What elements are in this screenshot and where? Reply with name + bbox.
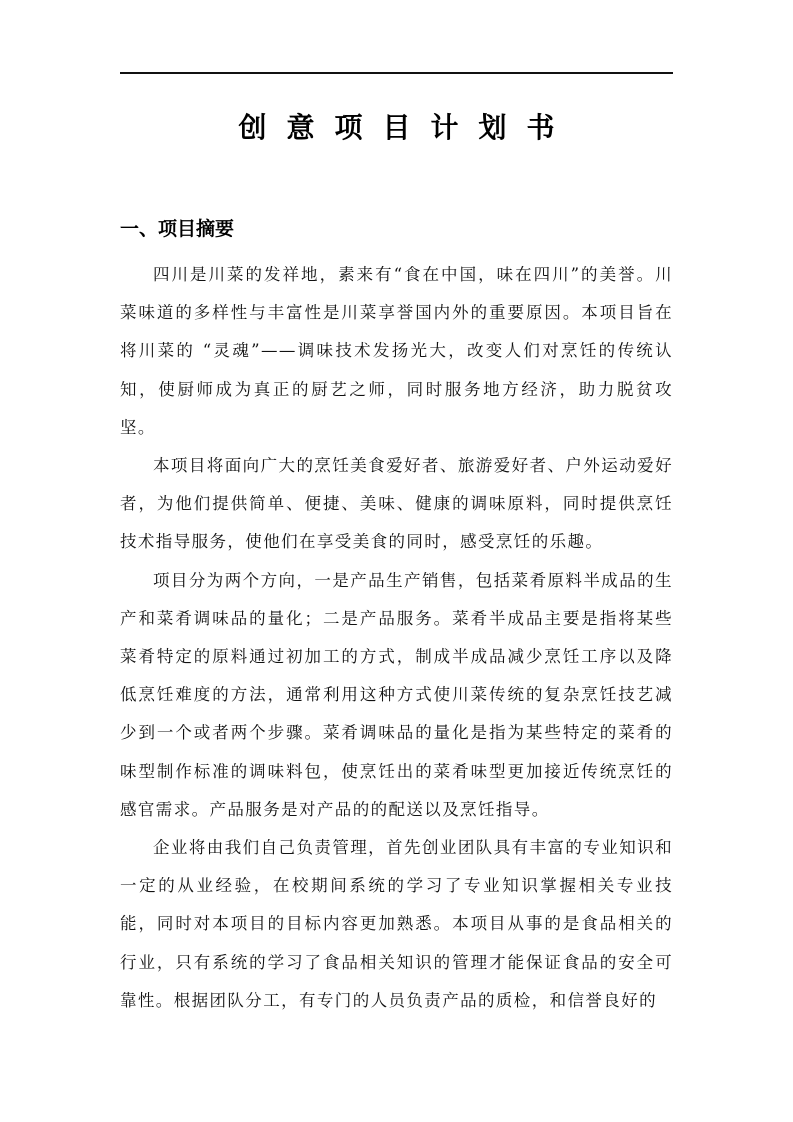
paragraph: 项目分为两个方向，一是产品生产销售，包括菜肴原料半成品的生产和菜肴调味品的量化；… xyxy=(120,562,673,829)
header-rule xyxy=(120,72,673,74)
document-title: 创意项目计划书 xyxy=(120,108,673,148)
paragraph: 本项目将面向广大的烹饪美食爱好者、旅游爱好者、户外运动爱好者，为他们提供简单、便… xyxy=(120,447,673,562)
section-heading-summary: 一、项目摘要 xyxy=(120,214,234,244)
paragraph: 企业将由我们自己负责管理，首先创业团队具有丰富的专业知识和一定的从业经验，在校期… xyxy=(120,829,673,1020)
section-body-summary: 四川是川菜的发祥地，素来有“食在中国，味在四川”的美誉。川菜味道的多样性与丰富性… xyxy=(120,256,673,1020)
paragraph: 四川是川菜的发祥地，素来有“食在中国，味在四川”的美誉。川菜味道的多样性与丰富性… xyxy=(120,256,673,447)
